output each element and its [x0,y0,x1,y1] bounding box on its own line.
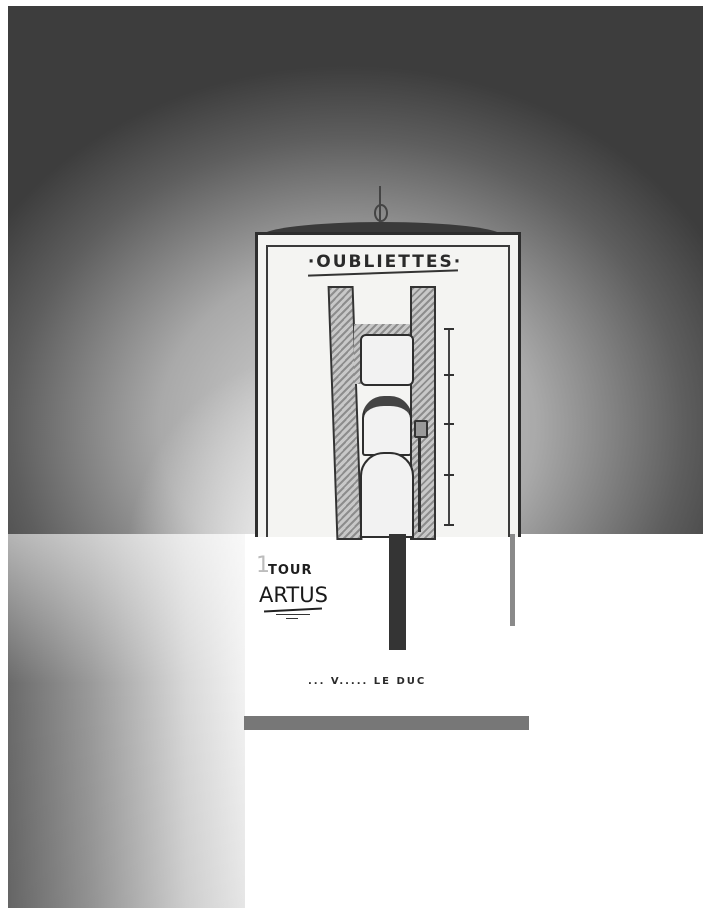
underline [286,618,298,619]
gray-horizontal-bar [244,716,529,730]
sign-finial-ring-icon [374,204,388,222]
scale-tick [444,423,454,425]
caption-text: ... V..... LE DUC [308,676,426,687]
lower-chamber-oubliette [360,452,414,538]
scale-tick [444,328,454,330]
scale-tick [444,374,454,376]
pole-head [414,420,428,438]
upper-chamber [360,334,414,386]
wall-photograph-lower-left [8,534,245,908]
underline [264,607,322,612]
middle-chamber [362,396,412,456]
scale-tick [444,474,454,476]
gray-vertical-bar [510,534,515,626]
tower-name-label: ARTUS [259,583,328,607]
tour-label: TOUR [268,563,313,578]
underline [276,614,310,615]
scale-tick [444,524,454,526]
height-scale [448,328,450,526]
tower-cross-section-drawing [326,284,446,534]
dark-vertical-bar [389,534,406,650]
